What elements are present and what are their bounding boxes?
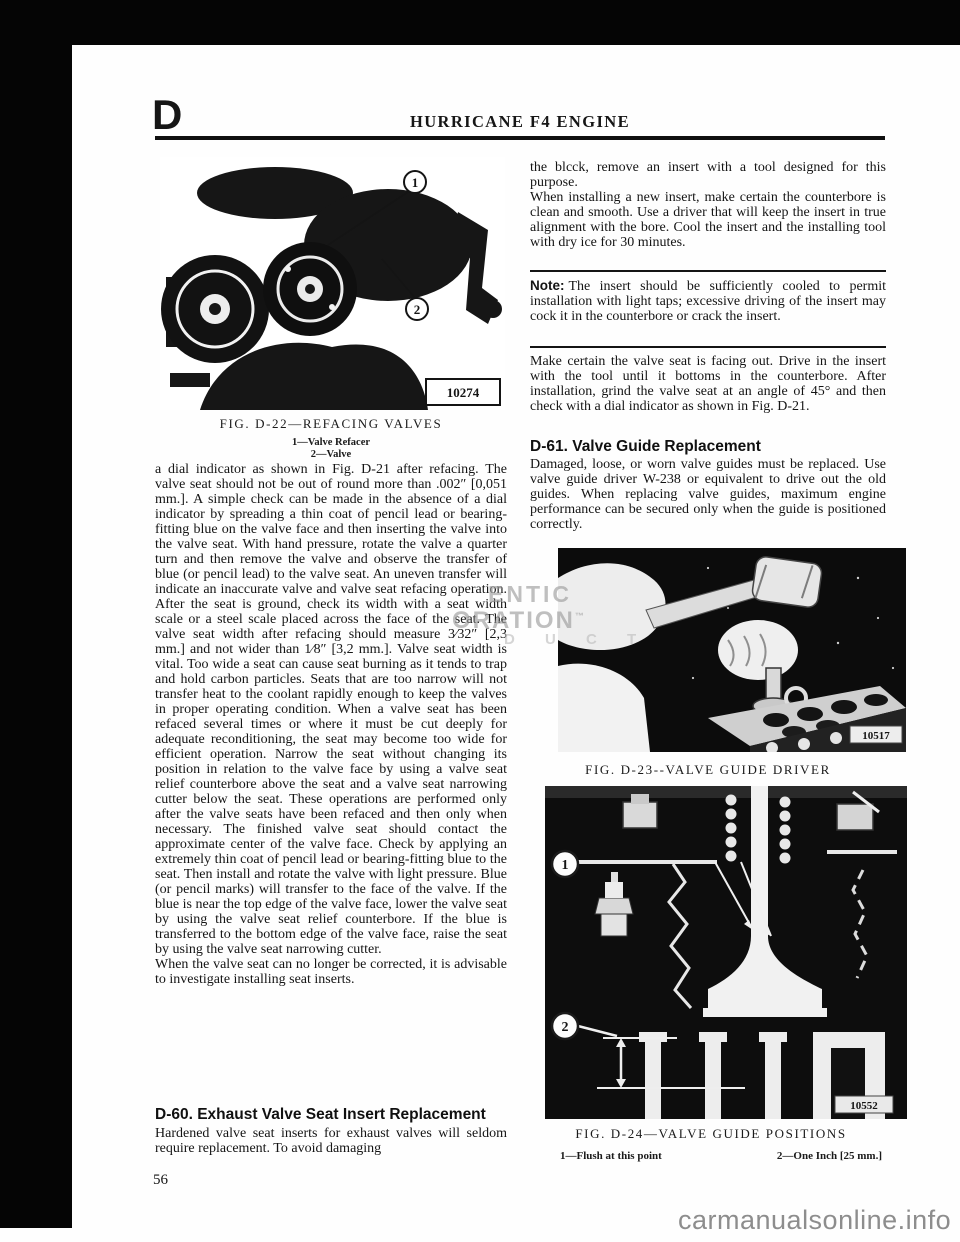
scanned-manual-page: D HURRICANE F4 ENGINE [0, 0, 960, 1242]
svg-text:10517: 10517 [862, 730, 890, 742]
valve-guide-driver-illustration: 10517 [558, 548, 906, 752]
svg-text:10552: 10552 [850, 1100, 878, 1112]
svg-text:1: 1 [562, 858, 569, 873]
section-d61-body: Damaged, loose, or worn valve guides mus… [530, 457, 886, 532]
callout-1-badge: 1 [404, 171, 426, 193]
paragraph-seat-inserts-advice: When the valve seat can no longer be cor… [155, 957, 507, 987]
scan-border-top [0, 0, 960, 45]
figure-d22-legend-item-1: 1—Valve Refacer [155, 437, 507, 449]
figure-d23-photo: 10517 [558, 548, 906, 752]
right-column-top-body: the blcck, remove an insert with a tool … [530, 160, 886, 250]
figure-d22-caption: FIG. D-22—REFACING VALVES [155, 416, 507, 432]
figure-d22-photo: 1 2 10274 [160, 157, 505, 410]
figure-d24-caption: FIG. D-24—VALVE GUIDE POSITIONS [530, 1126, 892, 1142]
deck-surface-line-right [827, 850, 897, 854]
svg-text:2: 2 [562, 1020, 569, 1035]
header-rule [155, 136, 885, 140]
figure-d22-legend-item-2: 2—Valve [155, 449, 507, 461]
engine-refacing-illustration: 1 2 10274 [160, 157, 505, 410]
note-block: Note:The insert should be sufficiently c… [530, 278, 886, 324]
fist-gripping-driver [718, 620, 798, 680]
page-number: 56 [153, 1172, 168, 1189]
crankshaft-pulley-icon [161, 255, 269, 363]
paragraph-install-insert: When installing a new insert, make certa… [530, 190, 886, 250]
photo-id-plate: 10517 [850, 726, 902, 743]
note-body: The insert should be sufficiently cooled… [530, 279, 886, 324]
right-column-mid-body: Make certain the valve seat is facing ou… [530, 354, 886, 414]
note-paragraph: Note:The insert should be sufficiently c… [530, 278, 886, 324]
paragraph-remove-insert: the blcck, remove an insert with a tool … [530, 160, 886, 190]
paragraph-d60: Hardened valve seat inserts for exhaust … [155, 1126, 507, 1156]
callout-1-badge: 1 [552, 851, 578, 877]
deck-surface-line-left [567, 860, 717, 864]
section-heading-d61: D-61. Valve Guide Replacement [530, 438, 886, 456]
valve-guide-positions-illustration: 1 2 10552 [545, 786, 907, 1119]
section-heading-d60: D-60. Exhaust Valve Seat Insert Replacem… [155, 1106, 507, 1124]
figure-d23-caption: FIG. D-23--VALVE GUIDE DRIVER [530, 762, 886, 778]
section-d60-body: Hardened valve seat inserts for exhaust … [155, 1126, 507, 1156]
figure-d24-legend: 1—Flush at this point 2—One Inch [25 mm.… [560, 1150, 882, 1162]
svg-text:2: 2 [414, 302, 421, 317]
note-label: Note: [530, 278, 565, 293]
photo-id-plate: 10274 [426, 379, 500, 405]
note-rule-top [530, 270, 886, 272]
photo-id-plate: 10552 [835, 1096, 893, 1113]
scan-border-left [0, 45, 72, 1228]
paragraph-drive-insert: Make certain the valve seat is facing ou… [530, 354, 886, 414]
svg-text:1: 1 [412, 175, 419, 190]
figure-d22-legend: 1—Valve Refacer 2—Valve [155, 437, 507, 460]
left-column-body: a dial indicator as shown in Fig. D-21 a… [155, 462, 507, 987]
paragraph-d61: Damaged, loose, or worn valve guides mus… [530, 457, 886, 532]
callout-2-badge: 2 [406, 298, 428, 320]
figure-d24-diagram: 1 2 10552 [545, 786, 907, 1119]
figure-d24-legend-item-1: 1—Flush at this point [560, 1150, 662, 1162]
site-watermark: carmanualsonline.info [678, 1205, 951, 1236]
note-rule-bottom [530, 346, 886, 348]
svg-text:10274: 10274 [447, 385, 480, 400]
page-header-title: HURRICANE F4 ENGINE [155, 112, 885, 132]
top-texture-band [545, 786, 907, 798]
paragraph-valve-seat-refacing: a dial indicator as shown in Fig. D-21 a… [155, 462, 507, 957]
generator-pulley-icon [263, 242, 357, 336]
figure-d24-legend-item-2: 2—One Inch [25 mm.] [777, 1150, 882, 1162]
